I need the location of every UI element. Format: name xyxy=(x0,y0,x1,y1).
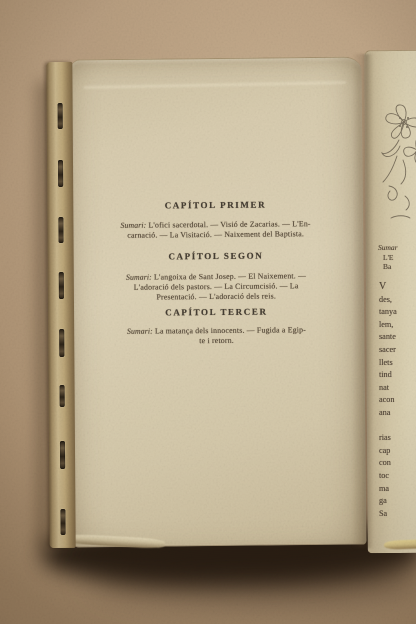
chapter-1-summary: Sumari: L'ofici sacerdotal. — Visió de Z… xyxy=(97,219,335,241)
text-line: toc xyxy=(379,470,397,483)
text-line: ma xyxy=(379,483,397,496)
summary-label: Sumari: xyxy=(120,221,146,230)
text-fragment: Sumar xyxy=(378,243,398,253)
summary-label: Sumari: xyxy=(126,273,152,282)
text-fragment: L'E xyxy=(378,253,398,263)
text-line: cap xyxy=(379,445,397,458)
text-line: llets xyxy=(379,357,397,370)
text-line xyxy=(379,420,397,433)
text-line: Sa xyxy=(379,508,397,521)
left-page-text: CAPÍTOL PRIMER Sumari: L'ofici sacerdota… xyxy=(0,0,416,624)
text-line: ana xyxy=(379,407,397,420)
text-line: tind xyxy=(379,369,397,382)
text-line: ga xyxy=(379,495,397,508)
text-line: Presentació. — L'adoració dels reis. xyxy=(97,291,335,303)
chapter-2-summary: Sumari: L'angoixa de Sant Josep. — El Na… xyxy=(97,271,335,302)
text-line: carnació. — La Visitació. — Naixement de… xyxy=(97,229,335,241)
right-page-summary-fragments: Sumar L'E Ba xyxy=(378,243,398,272)
text-line: tanya xyxy=(379,306,397,319)
text-line: V xyxy=(379,281,397,294)
text-fragment: Ba xyxy=(378,262,398,272)
photo-open-antique-book: CAPÍTOL PRIMER Sumari: L'ofici sacerdota… xyxy=(0,0,416,624)
right-page-text-fragments: Vdes,tanyalem,santesacerlletstindnatacon… xyxy=(379,281,397,520)
chapter-1-heading: CAPÍTOL PRIMER xyxy=(96,199,334,211)
text-line: rias xyxy=(379,432,397,445)
text-line: lem, xyxy=(379,319,397,332)
text-line: sante xyxy=(379,331,397,344)
chapter-3-heading: CAPÍTOL TERCER xyxy=(97,306,335,318)
chapter-2-heading: CAPÍTOL SEGON xyxy=(97,250,335,262)
chapter-3-summary: Sumari: La matança dels innocents. — Fug… xyxy=(97,325,335,347)
summary-label: Sumari: xyxy=(127,327,153,336)
text-line: des, xyxy=(379,294,397,307)
text-line: nat xyxy=(379,382,397,395)
flower-illustration xyxy=(377,98,416,228)
text-line: con xyxy=(379,457,397,470)
text-line: sacer xyxy=(379,344,397,357)
text-line: te i retorn. xyxy=(98,335,336,347)
summary-continuation: te i retorn. xyxy=(98,335,336,347)
text-line: acon xyxy=(379,394,397,407)
summary-continuation: L'adoració dels pastors. — La Circumcisi… xyxy=(97,281,335,303)
summary-continuation: carnació. — La Visitació. — Naixement de… xyxy=(97,229,335,241)
